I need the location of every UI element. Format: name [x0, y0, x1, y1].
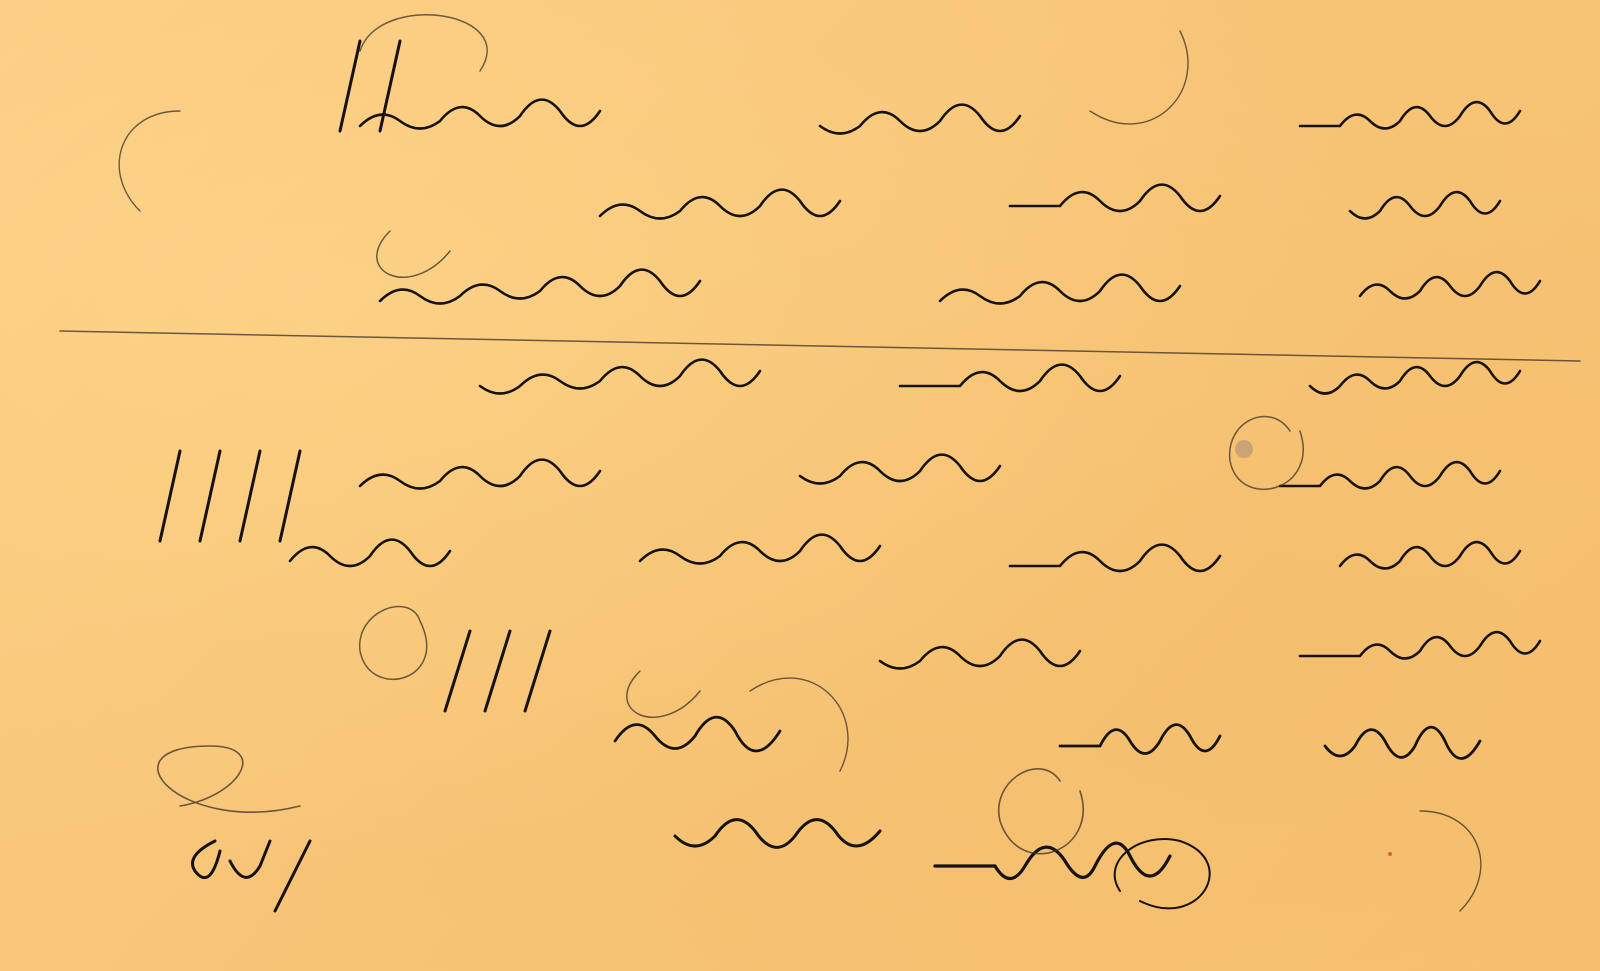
red-speck: [1388, 852, 1392, 856]
handwritten-line: [480, 360, 1520, 490]
handwritten-line: [160, 451, 1500, 541]
handwritten-line: [340, 15, 1520, 134]
handwritten-line: [377, 185, 1500, 278]
postcard: 18/10 88 German Kurrent handwriting: [0, 0, 1600, 971]
handwritten-line: [158, 746, 1210, 911]
handwritten-line: [60, 270, 1580, 361]
handwriting-strokes: [0, 0, 1600, 971]
ink-blot: [1235, 440, 1253, 458]
handwritten-line: [290, 535, 1520, 680]
handwritten-line: [615, 717, 1480, 854]
handwritten-line: [445, 631, 1540, 717]
handwritten-flourishes: [119, 31, 1481, 911]
